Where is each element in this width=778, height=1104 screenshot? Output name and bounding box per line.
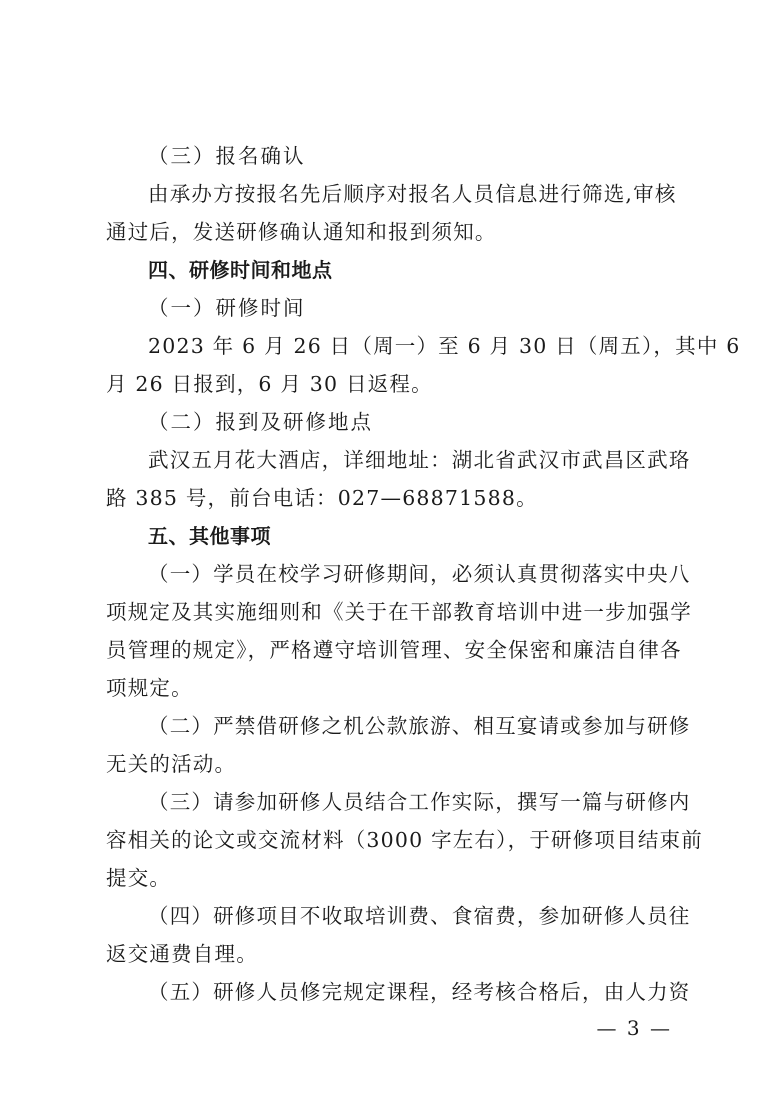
- paragraph-line: （三）请参加研修人员结合工作实际，撰写一篇与研修内: [148, 784, 672, 820]
- paragraph-line: 项规定。: [106, 670, 672, 706]
- paragraph-line: （四）研修项目不收取培训费、食宿费，参加研修人员往: [148, 898, 672, 934]
- paragraph-line: 2023 年 6 月 26 日（周一）至 6 月 30 日（周五），其中 6: [148, 328, 672, 364]
- paragraph-line: （一）学员在校学习研修期间，必须认真贯彻落实中央八: [148, 556, 672, 592]
- paragraph-line: （五）研修人员修完规定课程，经考核合格后，由人力资: [148, 974, 672, 1010]
- paragraph-line: 容相关的论文或交流材料（3000 字左右），于研修项目结束前: [106, 822, 672, 858]
- heading-time-location: 四、研修时间和地点: [148, 252, 672, 288]
- subheading-registration-confirm: （三）报名确认: [148, 138, 672, 174]
- subheading-location: （二）报到及研修地点: [148, 404, 672, 440]
- paragraph-line: 通过后，发送研修确认通知和报到须知。: [106, 214, 672, 250]
- page-number: — 3 —: [597, 1010, 672, 1046]
- heading-other-matters: 五、其他事项: [148, 518, 672, 554]
- paragraph-line: 由承办方按报名先后顺序对报名人员信息进行筛选,审核: [148, 176, 672, 212]
- paragraph-line: 返交通费自理。: [106, 936, 672, 972]
- paragraph-line: 武汉五月花大酒店，详细地址：湖北省武汉市武昌区武珞: [148, 442, 672, 478]
- paragraph-line: （二）严禁借研修之机公款旅游、相互宴请或参加与研修: [148, 708, 672, 744]
- paragraph-line: 月 26 日报到，6 月 30 日返程。: [106, 366, 672, 402]
- document-page: （三）报名确认 由承办方按报名先后顺序对报名人员信息进行筛选,审核 通过后，发送…: [0, 0, 778, 1104]
- paragraph-line: 路 385 号，前台电话：027—68871588。: [106, 480, 672, 516]
- paragraph-line: 项规定及其实施细则和《关于在干部教育培训中进一步加强学: [106, 594, 672, 630]
- paragraph-line: 无关的活动。: [106, 746, 672, 782]
- paragraph-line: 员管理的规定》，严格遵守培训管理、安全保密和廉洁自律各: [106, 632, 672, 668]
- subheading-time: （一）研修时间: [148, 290, 672, 326]
- paragraph-line: 提交。: [106, 860, 672, 896]
